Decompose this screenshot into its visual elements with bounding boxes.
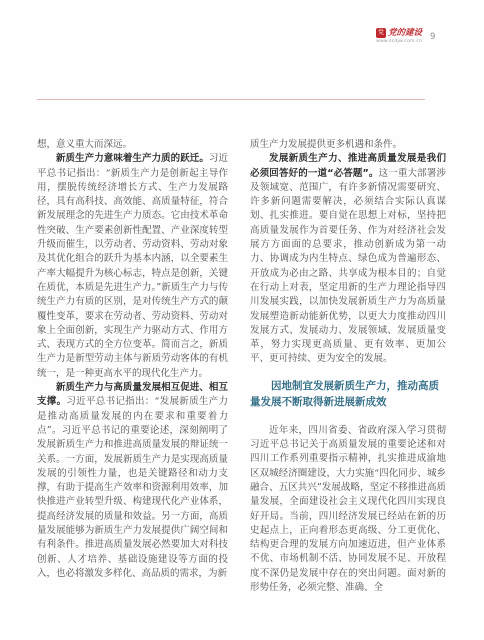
paragraph: 质生产力发展提供更多机遇和条件。 [250,138,446,152]
paragraph-text: 质生产力发展提供更多机遇和条件。 [250,139,402,150]
masthead: 党 党的建设 www.scdjw.com.cn [376,28,426,44]
text-column-left: 想，意义重大而深远。新质生产力意味着生产力质的跃迁。习近平总书记指出：“新质生产… [37,138,228,595]
article-body: 想，意义重大而深远。新质生产力意味着生产力质的跃迁。习近平总书记指出：“新质生产… [37,138,446,595]
paragraph: 想，意义重大而深远。 [37,138,228,152]
magazine-title: 党的建设 [388,28,423,38]
paragraph-text: 习近平总书记指出：“新质生产力是创新起主导作用，摆脱传统经济增长方式、生产力发展… [37,153,228,378]
header-divider [37,99,425,100]
magazine-website: www.scdjw.com.cn [376,39,426,44]
paragraph-lead-text: 新质生产力意味着生产力质的跃迁。 [56,153,209,164]
paragraph: 发展新质生产力、推进高质量发展是我们必须回答好的一道“必答题”。这一重大部署涉及… [250,152,446,366]
paragraph-text: 近年来，四川省委、省政府深入学习贯彻习近平总书记关于高质量发展的重要论述和对四川… [250,425,446,593]
section-heading: 因地制宜发展新质生产力，推动高质量发展不断取得新进展新成效 [250,378,446,411]
seal-glyph: 党 [378,29,384,36]
paragraph-lead-text: 因地制宜发展新质生产力，推动高质量发展不断取得新进展新成效 [250,380,439,409]
paragraph-text: 这一重大部署涉及领域宽、范围广，有许多新情况需要研究、许多新问题需要解决，必须结… [250,168,446,365]
paragraph: 近年来，四川省委、省政府深入学习贯彻习近平总书记关于高质量发展的重要论述和对四川… [250,424,446,596]
page-number: 9 [430,32,435,42]
text-column-right: 质生产力发展提供更多机遇和条件。发展新质生产力、推进高质量发展是我们必须回答好的… [250,138,446,595]
magazine-page: 党 党的建设 www.scdjw.com.cn 9 想，意义重大而深远。新质生产… [0,0,484,640]
paragraph: 新质生产力意味着生产力质的跃迁。习近平总书记指出：“新质生产力是创新起主导作用，… [37,152,228,381]
paragraph-text: 习近平总书记指出：“发展新质生产力是推动高质量发展的内在要求和重要着力点”。习近… [37,396,228,579]
magazine-seal-icon: 党 [376,28,386,38]
paragraph: 新质生产力与高质量发展相互促进、相互支撑。习近平总书记指出：“发展新质生产力是推… [37,381,228,581]
paragraph-text: 想，意义重大而深远。 [37,139,132,150]
